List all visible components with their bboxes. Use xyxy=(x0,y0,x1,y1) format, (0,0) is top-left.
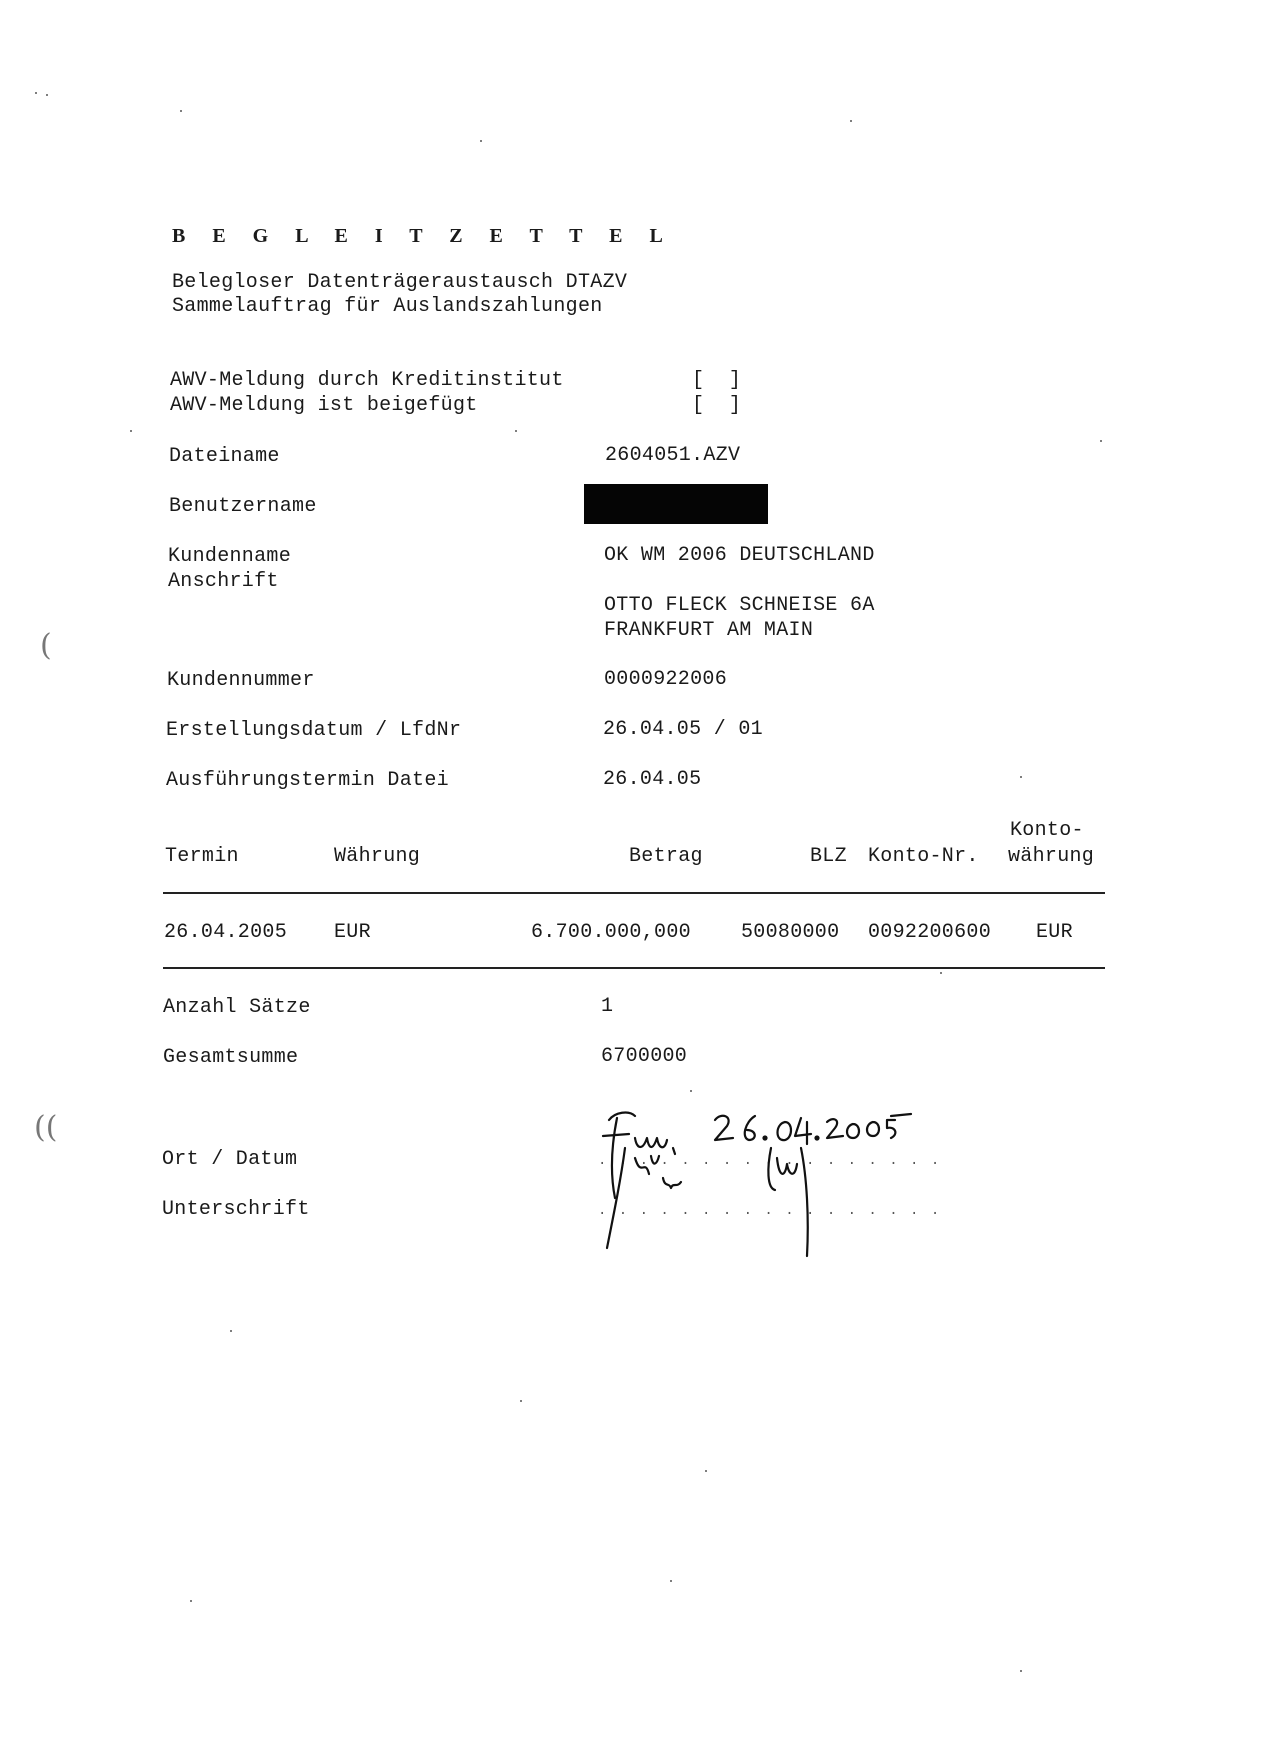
scan-speck xyxy=(180,110,182,112)
benutzername-label: Benutzername xyxy=(169,496,317,518)
scan-speck xyxy=(46,94,48,96)
scan-speck xyxy=(940,972,942,974)
header-kontowaehrung-1: Konto- xyxy=(1010,820,1084,842)
row-termin: 26.04.2005 xyxy=(164,922,287,944)
anschrift-label: Anschrift xyxy=(168,571,279,593)
anschrift-line-2: FRANKFURT AM MAIN xyxy=(604,620,813,642)
scan-speck xyxy=(515,430,517,432)
kundennummer-label: Kundennummer xyxy=(167,670,315,692)
scan-mark: ( xyxy=(40,628,52,663)
scan-speck xyxy=(1020,1670,1022,1672)
awv-item-2-label: AWV-Meldung ist beigefügt xyxy=(170,395,478,417)
scan-speck xyxy=(520,1400,522,1402)
ort-datum-label: Ort / Datum xyxy=(162,1149,297,1171)
ausfuehrungstermin-value: 26.04.05 xyxy=(603,769,701,791)
scan-speck xyxy=(1020,776,1022,778)
header-konto-nr: Konto-Nr. xyxy=(868,846,979,868)
table-top-rule xyxy=(163,892,1105,894)
awv-item-1-label: AWV-Meldung durch Kreditinstitut xyxy=(170,370,564,392)
scan-speck xyxy=(35,92,37,94)
table-bottom-rule xyxy=(163,967,1105,969)
header-kontowaehrung-2: währung xyxy=(1008,846,1094,868)
redaction-box xyxy=(584,484,768,524)
kundennummer-value: 0000922006 xyxy=(604,669,727,691)
scan-speck xyxy=(480,140,482,142)
document-title: B E G L E I T Z E T T E L xyxy=(172,225,674,247)
anschrift-line-1: OTTO FLECK SCHNEISE 6A xyxy=(604,595,875,617)
dateiname-label: Dateiname xyxy=(169,446,280,468)
header-blz: BLZ xyxy=(810,846,847,868)
header-termin: Termin xyxy=(165,846,239,868)
header-betrag: Betrag xyxy=(629,846,703,868)
gesamtsumme-label: Gesamtsumme xyxy=(163,1047,298,1069)
header-waehrung: Währung xyxy=(334,846,420,868)
scan-speck xyxy=(690,1090,692,1092)
dateiname-value: 2604051.AZV xyxy=(605,445,740,467)
row-konto-nr: 0092200600 xyxy=(868,922,991,944)
kundenname-value: OK WM 2006 DEUTSCHLAND xyxy=(604,545,875,567)
handwritten-signature xyxy=(595,1108,935,1258)
ausfuehrungstermin-label: Ausführungstermin Datei xyxy=(166,770,449,792)
row-blz: 50080000 xyxy=(741,922,839,944)
row-betrag: 6.700.000,000 xyxy=(531,922,691,944)
row-kontowaehrung: EUR xyxy=(1036,922,1073,944)
scan-speck xyxy=(1100,440,1102,442)
awv-item-2-checkbox: [ ] xyxy=(692,395,741,417)
erstellungsdatum-value: 26.04.05 / 01 xyxy=(603,719,763,741)
gesamtsumme-value: 6700000 xyxy=(601,1046,687,1068)
scan-speck xyxy=(670,1580,672,1582)
scan-speck xyxy=(190,1600,192,1602)
scan-speck xyxy=(130,430,132,432)
scan-mark: (( xyxy=(34,1110,57,1145)
scan-speck xyxy=(230,1330,232,1332)
awv-item-1-checkbox: [ ] xyxy=(692,370,741,392)
document-subtitle-2: Sammelauftrag für Auslandszahlungen xyxy=(172,296,603,318)
kundenname-label: Kundenname xyxy=(168,546,291,568)
scan-speck xyxy=(705,1470,707,1472)
anzahl-saetze-label: Anzahl Sätze xyxy=(163,997,311,1019)
anzahl-saetze-value: 1 xyxy=(601,996,613,1018)
scan-speck xyxy=(850,120,852,122)
erstellungsdatum-label: Erstellungsdatum / LfdNr xyxy=(166,720,461,742)
row-waehrung: EUR xyxy=(334,922,371,944)
document-subtitle-1: Belegloser Datenträgeraustausch DTAZV xyxy=(172,272,627,294)
unterschrift-label: Unterschrift xyxy=(162,1199,310,1221)
